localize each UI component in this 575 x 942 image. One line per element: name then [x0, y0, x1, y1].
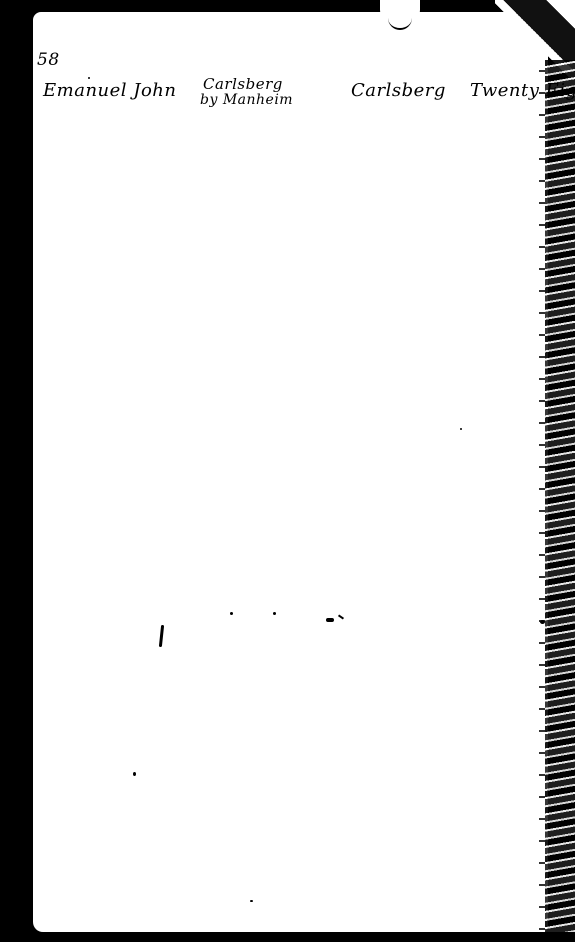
ink-speck — [540, 620, 545, 624]
entry-birthplace-line2: by Manheim — [200, 92, 293, 108]
ink-speck — [273, 612, 276, 615]
entry-birthplace-line1: Carlsberg — [203, 75, 283, 93]
ink-speck — [230, 612, 233, 615]
ink-speck — [250, 900, 253, 902]
ink-speck — [88, 77, 90, 79]
bottom-border — [33, 932, 575, 942]
damaged-right-edge — [545, 60, 575, 932]
right-edge-texture — [539, 60, 545, 932]
paper-sheet — [33, 12, 548, 932]
scanned-page-background: 58 Emanuel John Carlsberg by Manheim Car… — [0, 0, 575, 942]
ink-speck — [460, 428, 462, 430]
entry-name: Emanuel John — [43, 80, 177, 101]
ink-speck — [133, 772, 136, 776]
entry-residence: Carlsberg — [351, 80, 446, 101]
ink-stroke — [326, 618, 334, 622]
entry-number: 58 — [37, 50, 60, 70]
entry-age: Twenty Eig... — [470, 80, 575, 101]
